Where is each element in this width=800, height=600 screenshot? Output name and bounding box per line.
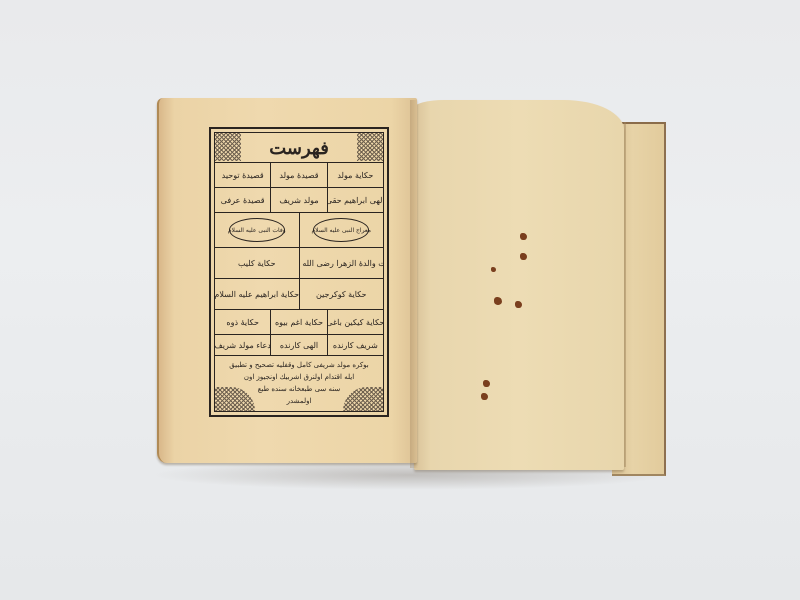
- toc-entry: حكاية مولد: [327, 163, 383, 187]
- book-gutter: [410, 100, 418, 468]
- toc-entry: معراج النبى عليه السلام: [299, 213, 384, 247]
- table-row: قصيدهٔ عرفى مولد شريف الهى ابراهيم حقى: [215, 188, 383, 213]
- toc-entry: مولد شريف: [270, 188, 326, 212]
- toc-entry: حكاية اغم بيوه: [270, 310, 326, 334]
- toc-entry: قصيدهٔ عرفى: [215, 188, 270, 212]
- toc-entry: الهى ابراهيم حقى: [327, 188, 383, 212]
- toc-entry: شريف كارنده: [327, 335, 383, 355]
- right-page: [414, 100, 624, 470]
- colophon-line: بوكره مولد شريفى كامل وقفليه تصحيح و تطب…: [219, 359, 379, 371]
- toc-entry: حكاية كليب: [215, 248, 299, 278]
- toc-entry: وفات النبى عليه السلام: [215, 213, 299, 247]
- worm-hole: [494, 297, 502, 305]
- colophon-line: ايله اقتدام اولنرق اشربيك اونجيوز اون: [219, 371, 379, 383]
- table-row: دعاء مولد شريف الهى كارنده شريف كارنده: [215, 335, 383, 356]
- toc-entry: قصيدهٔ توحيد: [215, 163, 270, 187]
- table-row: حكايهٔ ذوه حكاية اغم بيوه حكاية كيكين با…: [215, 310, 383, 335]
- toc-entry: حكاية ابراهيم عليه السلام: [215, 279, 299, 309]
- toc-entry: قصيدهٔ مولد: [270, 163, 326, 187]
- table-row: قصيدهٔ توحيد قصيدهٔ مولد حكاية مولد: [215, 163, 383, 188]
- medallion: معراج النبى عليه السلام: [313, 218, 369, 242]
- toc-entry: حكايهٔ ذوه: [215, 310, 270, 334]
- open-book: فهرست قصيدهٔ توحيد قصيدهٔ مولد حكاية مول…: [0, 0, 800, 600]
- worm-hole: [515, 301, 522, 308]
- worm-hole: [520, 233, 527, 240]
- toc-entry: حكاية كوكرجين: [299, 279, 384, 309]
- worm-hole: [520, 253, 527, 260]
- table-row: حكاية كليب وفات والدهٔ الزهرا رضى الله ع…: [215, 248, 383, 279]
- table-row: حكاية ابراهيم عليه السلام حكاية كوكرجين: [215, 279, 383, 310]
- toc-entry: دعاء مولد شريف: [215, 335, 270, 355]
- contents-table: فهرست قصيدهٔ توحيد قصيدهٔ مولد حكاية مول…: [209, 127, 389, 417]
- toc-entry: الهى كارنده: [270, 335, 326, 355]
- worm-hole: [481, 393, 488, 400]
- toc-entry: حكاية كيكين باغى: [327, 310, 383, 334]
- worm-hole: [491, 267, 496, 272]
- page-title: فهرست: [245, 133, 353, 163]
- worm-hole: [483, 380, 490, 387]
- toc-entry: وفات والدهٔ الزهرا رضى الله عنها: [299, 248, 384, 278]
- table-row: وفات النبى عليه السلام معراج النبى عليه …: [215, 213, 383, 248]
- cover-fold-line: [624, 122, 626, 467]
- medallion: وفات النبى عليه السلام: [229, 218, 285, 242]
